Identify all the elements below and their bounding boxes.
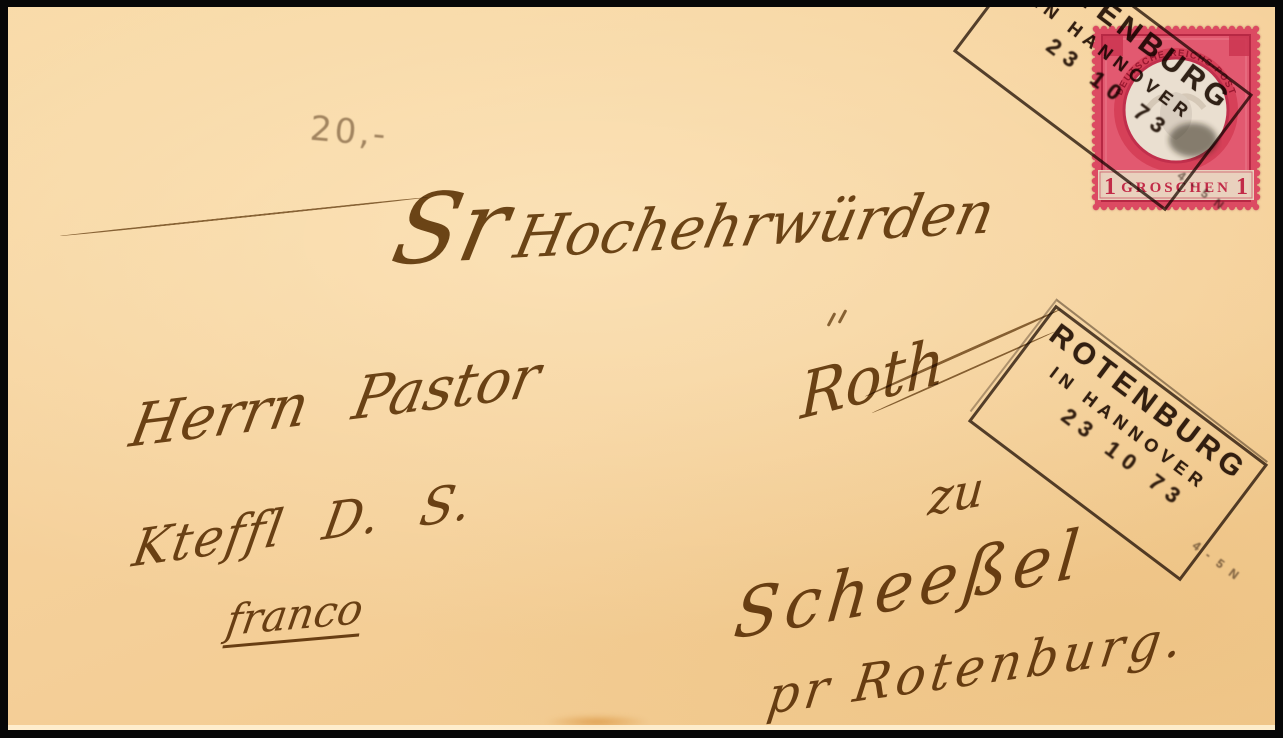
stamp-numeral-left: 1 [1104, 174, 1116, 200]
salutation-text: Hochehrwürden [509, 178, 1001, 272]
salutation-line: SrHochehrwürden [385, 152, 1006, 280]
pencil-price-note: 20,- [308, 109, 390, 156]
addressee-name: Roth [800, 329, 946, 429]
addressee-line: Herrn Pastor [126, 346, 545, 456]
stamp-numeral-right: 1 [1236, 174, 1248, 200]
ink-flourish-leadin [60, 196, 428, 237]
franco-note: franco [222, 588, 366, 649]
honorific-text: Sr [384, 168, 519, 287]
sender-line: Kteffl D. S. [129, 475, 477, 574]
connector-word: zu [926, 464, 986, 523]
photo-frame: 20,- SrHochehrwürden Herrn Pastor Roth z… [0, 0, 1283, 738]
envelope-bottom-edge [8, 725, 1275, 730]
ink-tick-2 [838, 309, 848, 324]
ink-tick-1 [827, 312, 837, 327]
stamp-corner-ornament-right [1229, 36, 1249, 56]
envelope: 20,- SrHochehrwürden Herrn Pastor Roth z… [8, 7, 1275, 730]
